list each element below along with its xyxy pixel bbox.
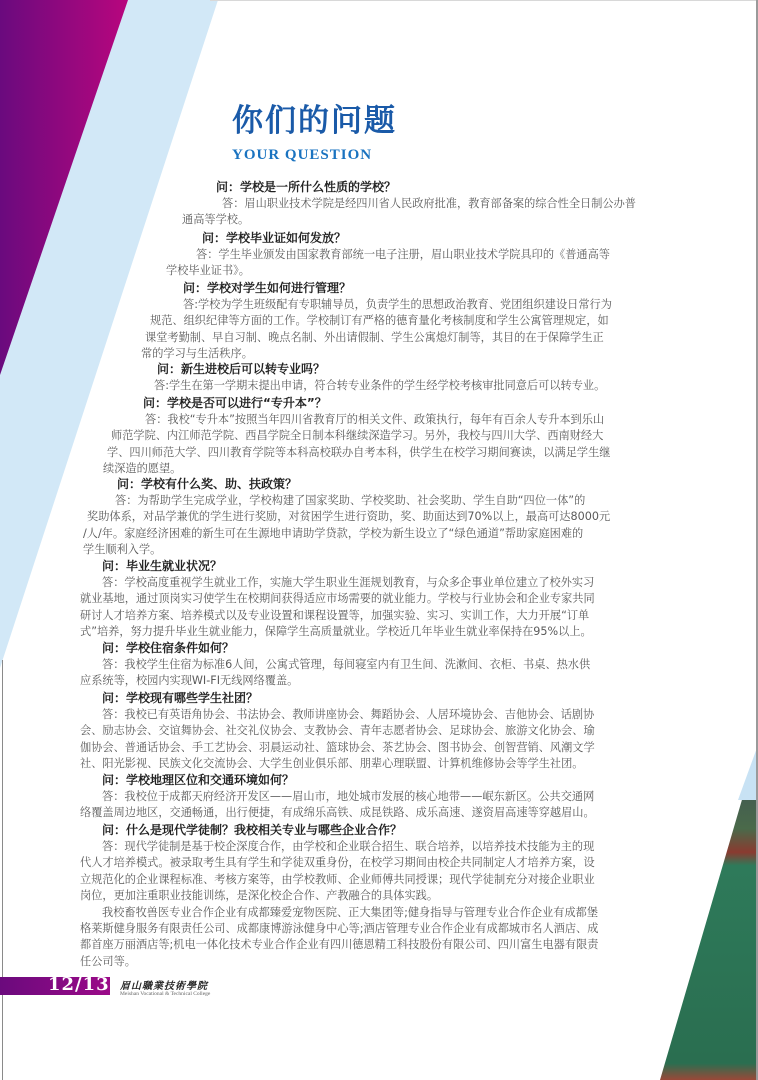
faq-answer-line: 络覆盖周边地区，交通畅通，出行便捷，有成绵乐高铁、成昆铁路、成乐高速、遂资眉高速… [80, 805, 740, 821]
faq-answer-line: 答：眉山职业技术学院是经四川省人民政府批准，教育部备案的综合性全日制公办普 [176, 196, 736, 212]
faq-answer-line: 伽协会、普通话协会、手工艺协会、羽晨运动社、篮球协会、茶艺协会、图书协会、创智营… [80, 740, 740, 756]
faq-question: 问：学校对学生如何进行管理？ [141, 280, 736, 297]
faq-answer-line: 会、励志协会、交谊舞协会、社交礼仪协会、支教协会、青年志愿者协会、足球协会、旅游… [80, 723, 740, 739]
faq-item: 问：学校现有哪些学生社团？ 答：我校已有英语角协会、书法协会、教师讲座协会、舞蹈… [80, 690, 740, 773]
faq-question: 问：毕业生就业状况？ [80, 558, 740, 575]
faq-answer-line: 答：我校学生住宿为标准6人间，公寓式管理，每间寝室内有卫生间、洗漱间、衣柜、书桌… [80, 657, 740, 673]
faq-answer-line: 都首座万丽酒店等;机电一体化技术专业合作企业有四川德恩精工科技股份有限公司、四川… [80, 937, 740, 953]
faq-answer-line: 师范学院、内江师范学院、西昌学院全日制本科继续深造学习。另外，我校与四川大学、西… [103, 428, 739, 444]
faq-item: 问：学校毕业证如何发放？ 答：学生毕业颁发由国家教育部统一电子注册，眉山职业技术… [166, 230, 736, 280]
faq-question: 问：什么是现代学徒制？我校相关专业与哪些企业合作？ [80, 822, 740, 839]
faq-answer-line: 答：学生毕业颁发由国家教育部统一电子注册，眉山职业技术学院具印的《普通高等 [166, 247, 736, 263]
faq-item: 问：什么是现代学徒制？我校相关专业与哪些企业合作？ 答：现代学徒制是基于校企深度… [80, 822, 740, 970]
faq-question: 问：学校有什么奖、助、扶政策？ [83, 476, 738, 493]
faq-item: 问：新生进校后可以转专业吗？ 答:学生在第一学期末提出申请，符合转专业条件的学生… [145, 361, 740, 394]
faq-answer-line: 应系统等，校园内实现WI-FI无线网络覆盖。 [80, 673, 740, 689]
page-title-block: 你们的问题 YOUR QUESTION [232, 103, 397, 163]
page-number: 12/13 [48, 974, 110, 996]
faq-answer-line: 学、四川师范大学、四川教育学院等本科高校联办自考本科，供学生在校学习期间赛读，以… [103, 445, 739, 461]
faq-answer-line: /人/年。家庭经济困难的新生可在生源地申请助学贷款，学校为新生设立了“绿色通道”… [83, 526, 738, 542]
faq-item: 问：学校地理区位和交通环境如何？ 答：我校位于成都天府经济开发区——眉山市，地处… [80, 772, 740, 822]
faq-answer-line: 我校畜牧兽医专业合作企业有成都臻爱宠物医院、正大集团等;健身指导与管理专业合作企… [80, 905, 740, 921]
faq-question: 问：学校现有哪些学生社团？ [80, 690, 740, 707]
faq-item: 问：毕业生就业状况？ 答：学校高度重视学生就业工作，实施大学生职业生涯规划教育，… [80, 558, 740, 641]
faq-answer-line: 规范、组织纪律等方面的工作。学校制订有严格的德育量化考核制度和学生公寓管理规定，… [141, 313, 736, 329]
faq-item: 问：学校是一所什么性质的学校？ 答：眉山职业技术学院是经四川省人民政府批准，教育… [176, 179, 736, 229]
faq-answer-line: 答:学校为学生班级配有专职辅导员，负责学生的思想政治教育、党团组织建设日常行为 [141, 297, 736, 313]
faq-item: 问：学校有什么奖、助、扶政策？ 答：为帮助学生完成学业，学校构建了国家奖助、学校… [83, 476, 738, 559]
faq-answer-line: 答：现代学徒制是基于校企深度合作，由学校和企业联合招生、联合培养，以培养技术技能… [80, 839, 740, 855]
faq-answer-line: 答:学生在第一学期末提出申请，符合转专业条件的学生经学校考核审批同意后可以转专业… [145, 378, 740, 394]
faq-answer-line: 答：我校已有英语角协会、书法协会、教师讲座协会、舞蹈协会、人居环境协会、吉他协会… [80, 707, 740, 723]
faq-answer-line: 学校毕业证书》。 [166, 263, 736, 279]
faq-answer-line: 任公司等。 [80, 954, 740, 970]
faq-question: 问：学校地理区位和交通环境如何？ [80, 772, 740, 789]
faq-item: 问：学校住宿条件如何？ 答：我校学生住宿为标准6人间，公寓式管理，每间寝室内有卫… [80, 640, 740, 690]
faq-question: 问：学校是否可以进行“专升本”？ [103, 395, 739, 412]
faq-answer-line: 研讨人才培养方案、培养模式以及专业设置和课程设置等，加强实验、实习、实训工作，大… [80, 608, 740, 624]
page-border-left [2, 660, 3, 1080]
faq-answer-line: 答：学校高度重视学生就业工作，实施大学生职业生涯规划教育，与众多企事业单位建立了… [80, 575, 740, 591]
college-logo-en: Meishan Vocational & Technical College [120, 991, 210, 997]
faq-item: 问：学校是否可以进行“专升本”？ 答：我校“专升本”按照当年四川省教育厅的相关文… [103, 395, 739, 478]
faq-answer-line: 代人才培养模式。被录取考生具有学生和学徒双重身份，在校学习期间由校企共同制定人才… [80, 855, 740, 871]
faq-answer-line: 立规范化的企业课程标准、考核方案等，由学校教师、企业师傅共同授课；现代学徒制充分… [80, 872, 740, 888]
faq-question: 问：新生进校后可以转专业吗？ [145, 361, 740, 378]
faq-answer-line: 答：为帮助学生完成学业，学校构建了国家奖助、学校奖助、社会奖助、学生自助“四位一… [83, 493, 738, 509]
page-border-top [210, 0, 758, 1]
faq-answer-line: 就业基地，通过顶岗实习使学生在校期间获得适应市场需要的就业能力。学校与行业协会和… [80, 591, 740, 607]
faq-answer-line: 社、阳光影视、民族文化交流协会、大学生创业俱乐部、朋辈心理联盟、计算机维修协会等… [80, 756, 740, 772]
faq-answer-line: 答：我校“专升本”按照当年四川省教育厅的相关文件、政策执行，每年有百余人专升本到… [103, 412, 739, 428]
faq-answer-line: 奖助体系，对品学兼优的学生进行奖励，对贫困学生进行资助，奖、助面达到70%以上，… [83, 509, 738, 525]
college-logo-cn: 眉山職業技術學院 [120, 977, 208, 992]
faq-answer-line: 式”培养，努力提升毕业生就业能力，保障学生高质量就业。学校近几年毕业生就业率保持… [80, 624, 740, 640]
faq-answer-line: 答：我校位于成都天府经济开发区——眉山市，地处城市发展的核心地带——岷东新区。公… [80, 789, 740, 805]
page-title: 你们的问题 [232, 103, 397, 139]
faq-answer-line: 格莱斯健身服务有限责任公司、成都康博游泳健身中心等;酒店管理专业合作企业有成都城… [80, 921, 740, 937]
faq-answer-line: 学生顺利入学。 [83, 542, 738, 558]
campus-photo-sky [738, 745, 758, 800]
faq-answer-line: 课堂考勤制、早自习制、晚点名制、外出请假制、学生公寓熄灯制等，其目的在于保障学生… [141, 330, 736, 346]
faq-question: 问：学校住宿条件如何？ [80, 640, 740, 657]
faq-question: 问：学校毕业证如何发放？ [166, 230, 736, 247]
faq-question: 问：学校是一所什么性质的学校？ [176, 179, 736, 196]
faq-answer-line: 岗位，更加注重职业技能训练，是深化校企合作、产教融合的具体实践。 [80, 888, 740, 904]
faq-item: 问：学校对学生如何进行管理？ 答:学校为学生班级配有专职辅导员，负责学生的思想政… [141, 280, 736, 363]
faq-answer-line: 通高等学校。 [176, 212, 736, 228]
page-subtitle: YOUR QUESTION [232, 147, 397, 163]
